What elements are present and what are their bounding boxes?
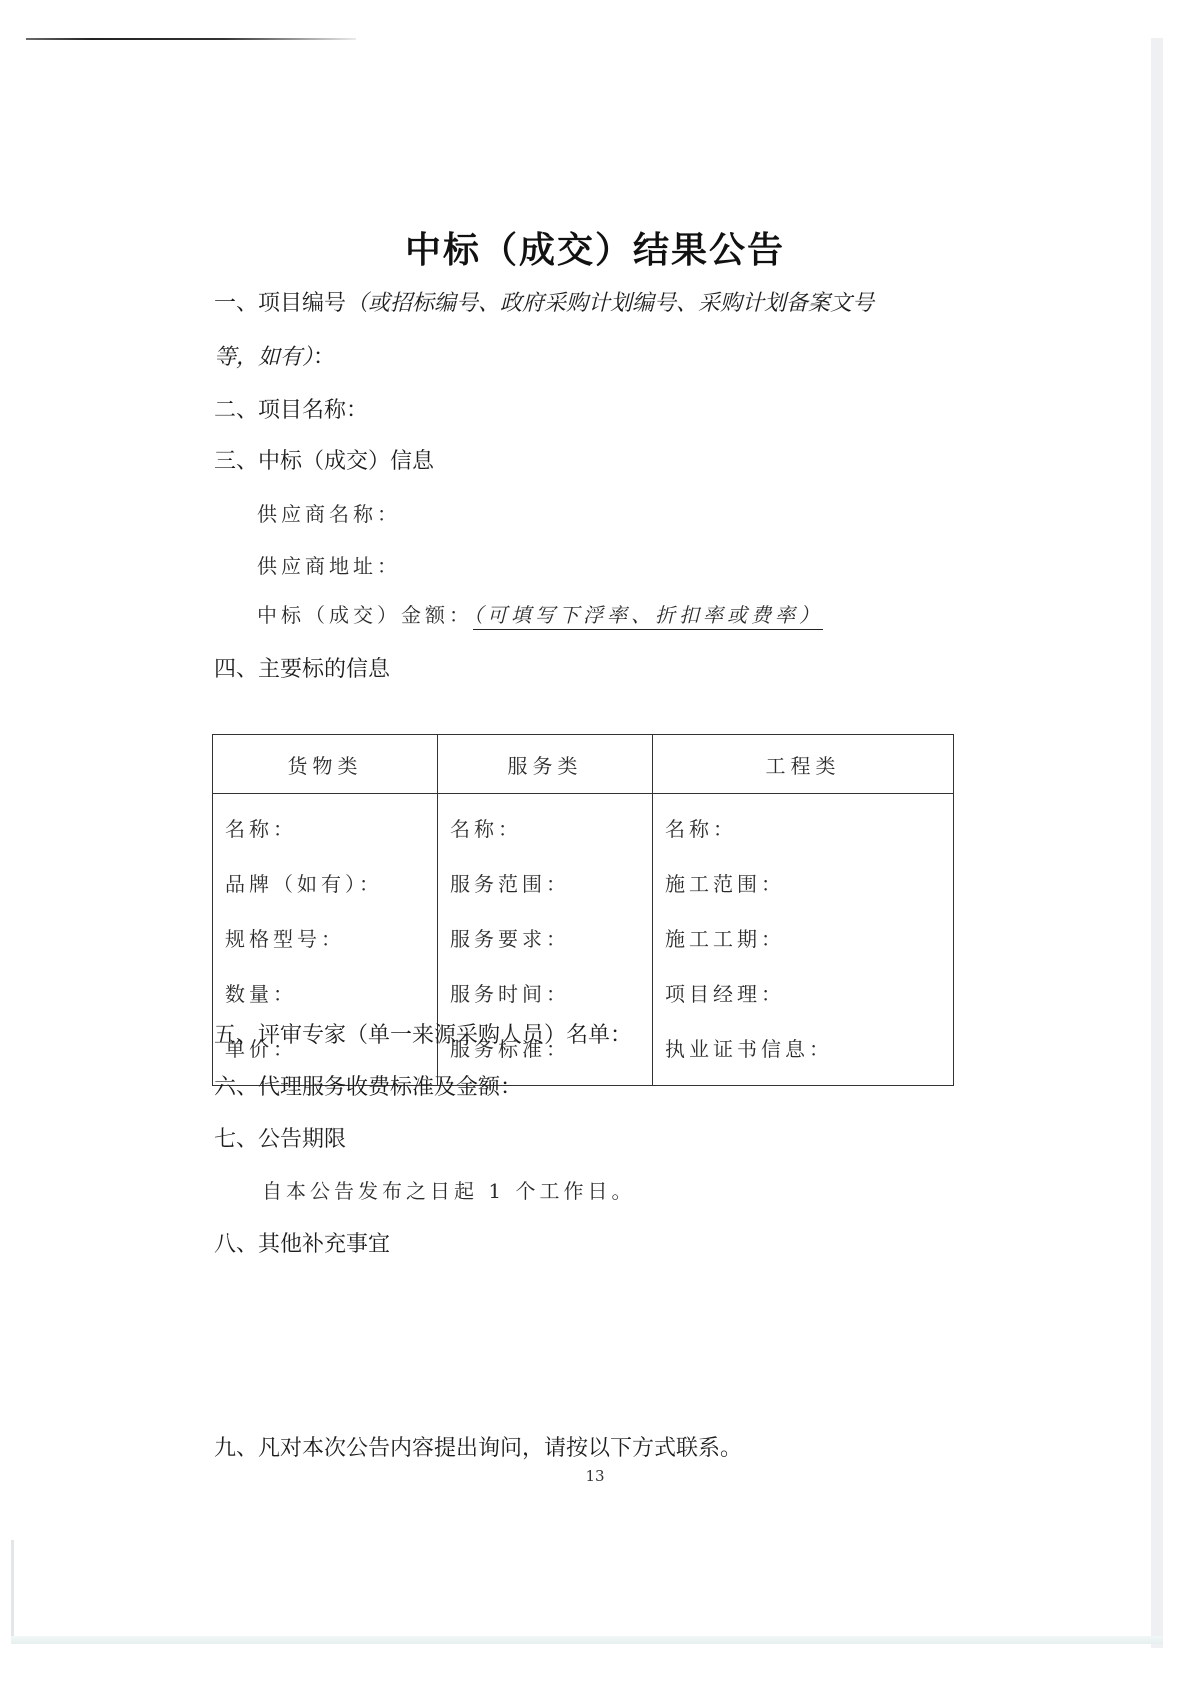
scan-artifact-bottom-edge bbox=[11, 1636, 1163, 1644]
section-1-note-line2: 等，如有） bbox=[214, 345, 313, 370]
engineering-column: 名称： 施工范围： 施工工期： 项目经理： 执业证书信息： bbox=[653, 794, 954, 1086]
goods-quantity: 数量： bbox=[225, 969, 425, 1024]
section-7-notice-period: 七、公告期限 bbox=[214, 1122, 346, 1153]
service-name: 名称： bbox=[450, 804, 640, 859]
construction-period: 施工工期： bbox=[665, 914, 941, 969]
section-1-project-number: 一、项目编号（或招标编号、政府采购计划编号、采购计划备案文号 bbox=[214, 286, 874, 317]
section-1-note-line1: （或招标编号、政府采购计划编号、采购计划备案文号 bbox=[346, 291, 874, 316]
header-goods: 货物类 bbox=[213, 735, 438, 794]
header-services: 服务类 bbox=[438, 735, 653, 794]
section-4-main-targets: 四、主要标的信息 bbox=[214, 652, 390, 683]
license-info: 执业证书信息： bbox=[665, 1024, 941, 1079]
section-3-award-info: 三、中标（成交）信息 bbox=[214, 444, 434, 475]
goods-spec: 规格型号： bbox=[225, 914, 425, 969]
award-amount-label: 中标（成交）金额： bbox=[257, 603, 473, 627]
project-manager: 项目经理： bbox=[665, 969, 941, 1024]
section-9-inquiries: 九、凡对本次公告内容提出询问，请按以下方式联系。 bbox=[214, 1431, 742, 1462]
section-1-colon: ： bbox=[313, 345, 335, 370]
goods-brand: 品牌（如有）： bbox=[225, 859, 425, 914]
section-8-other-matters: 八、其他补充事宜 bbox=[214, 1227, 390, 1258]
section-1-label: 一、项目编号 bbox=[214, 291, 346, 316]
service-requirements: 服务要求： bbox=[450, 914, 640, 969]
page-number: 13 bbox=[0, 1467, 1190, 1485]
service-scope: 服务范围： bbox=[450, 859, 640, 914]
goods-name: 名称： bbox=[225, 804, 425, 859]
supplier-name-label: 供应商名称： bbox=[257, 498, 401, 527]
table-header-row: 货物类 服务类 工程类 bbox=[213, 735, 954, 794]
document-title: 中标（成交）结果公告 bbox=[0, 222, 1190, 273]
section-5-experts: 五、评审专家（单一来源采购人员）名单： bbox=[214, 1018, 632, 1049]
construction-scope: 施工范围： bbox=[665, 859, 941, 914]
section-2-project-name: 二、项目名称： bbox=[214, 393, 368, 424]
award-amount-hint: （可填写下浮率、折扣率或费率） bbox=[473, 603, 823, 630]
scan-artifact-top-line bbox=[26, 38, 356, 40]
section-6-agency-fee: 六、代理服务收费标准及金额： bbox=[214, 1070, 522, 1101]
header-engineering: 工程类 bbox=[653, 735, 954, 794]
award-amount-line: 中标（成交）金额：（可填写下浮率、折扣率或费率） bbox=[257, 599, 823, 628]
supplier-address-label: 供应商地址： bbox=[257, 550, 401, 579]
engineering-name: 名称： bbox=[665, 804, 941, 859]
scan-artifact-left-edge bbox=[11, 1540, 14, 1640]
service-time: 服务时间： bbox=[450, 969, 640, 1024]
section-1-continuation: 等，如有）： bbox=[214, 340, 335, 371]
notice-period-body: 自本公告发布之日起 1 个工作日。 bbox=[262, 1175, 635, 1204]
scan-artifact-right-edge bbox=[1151, 38, 1163, 1648]
